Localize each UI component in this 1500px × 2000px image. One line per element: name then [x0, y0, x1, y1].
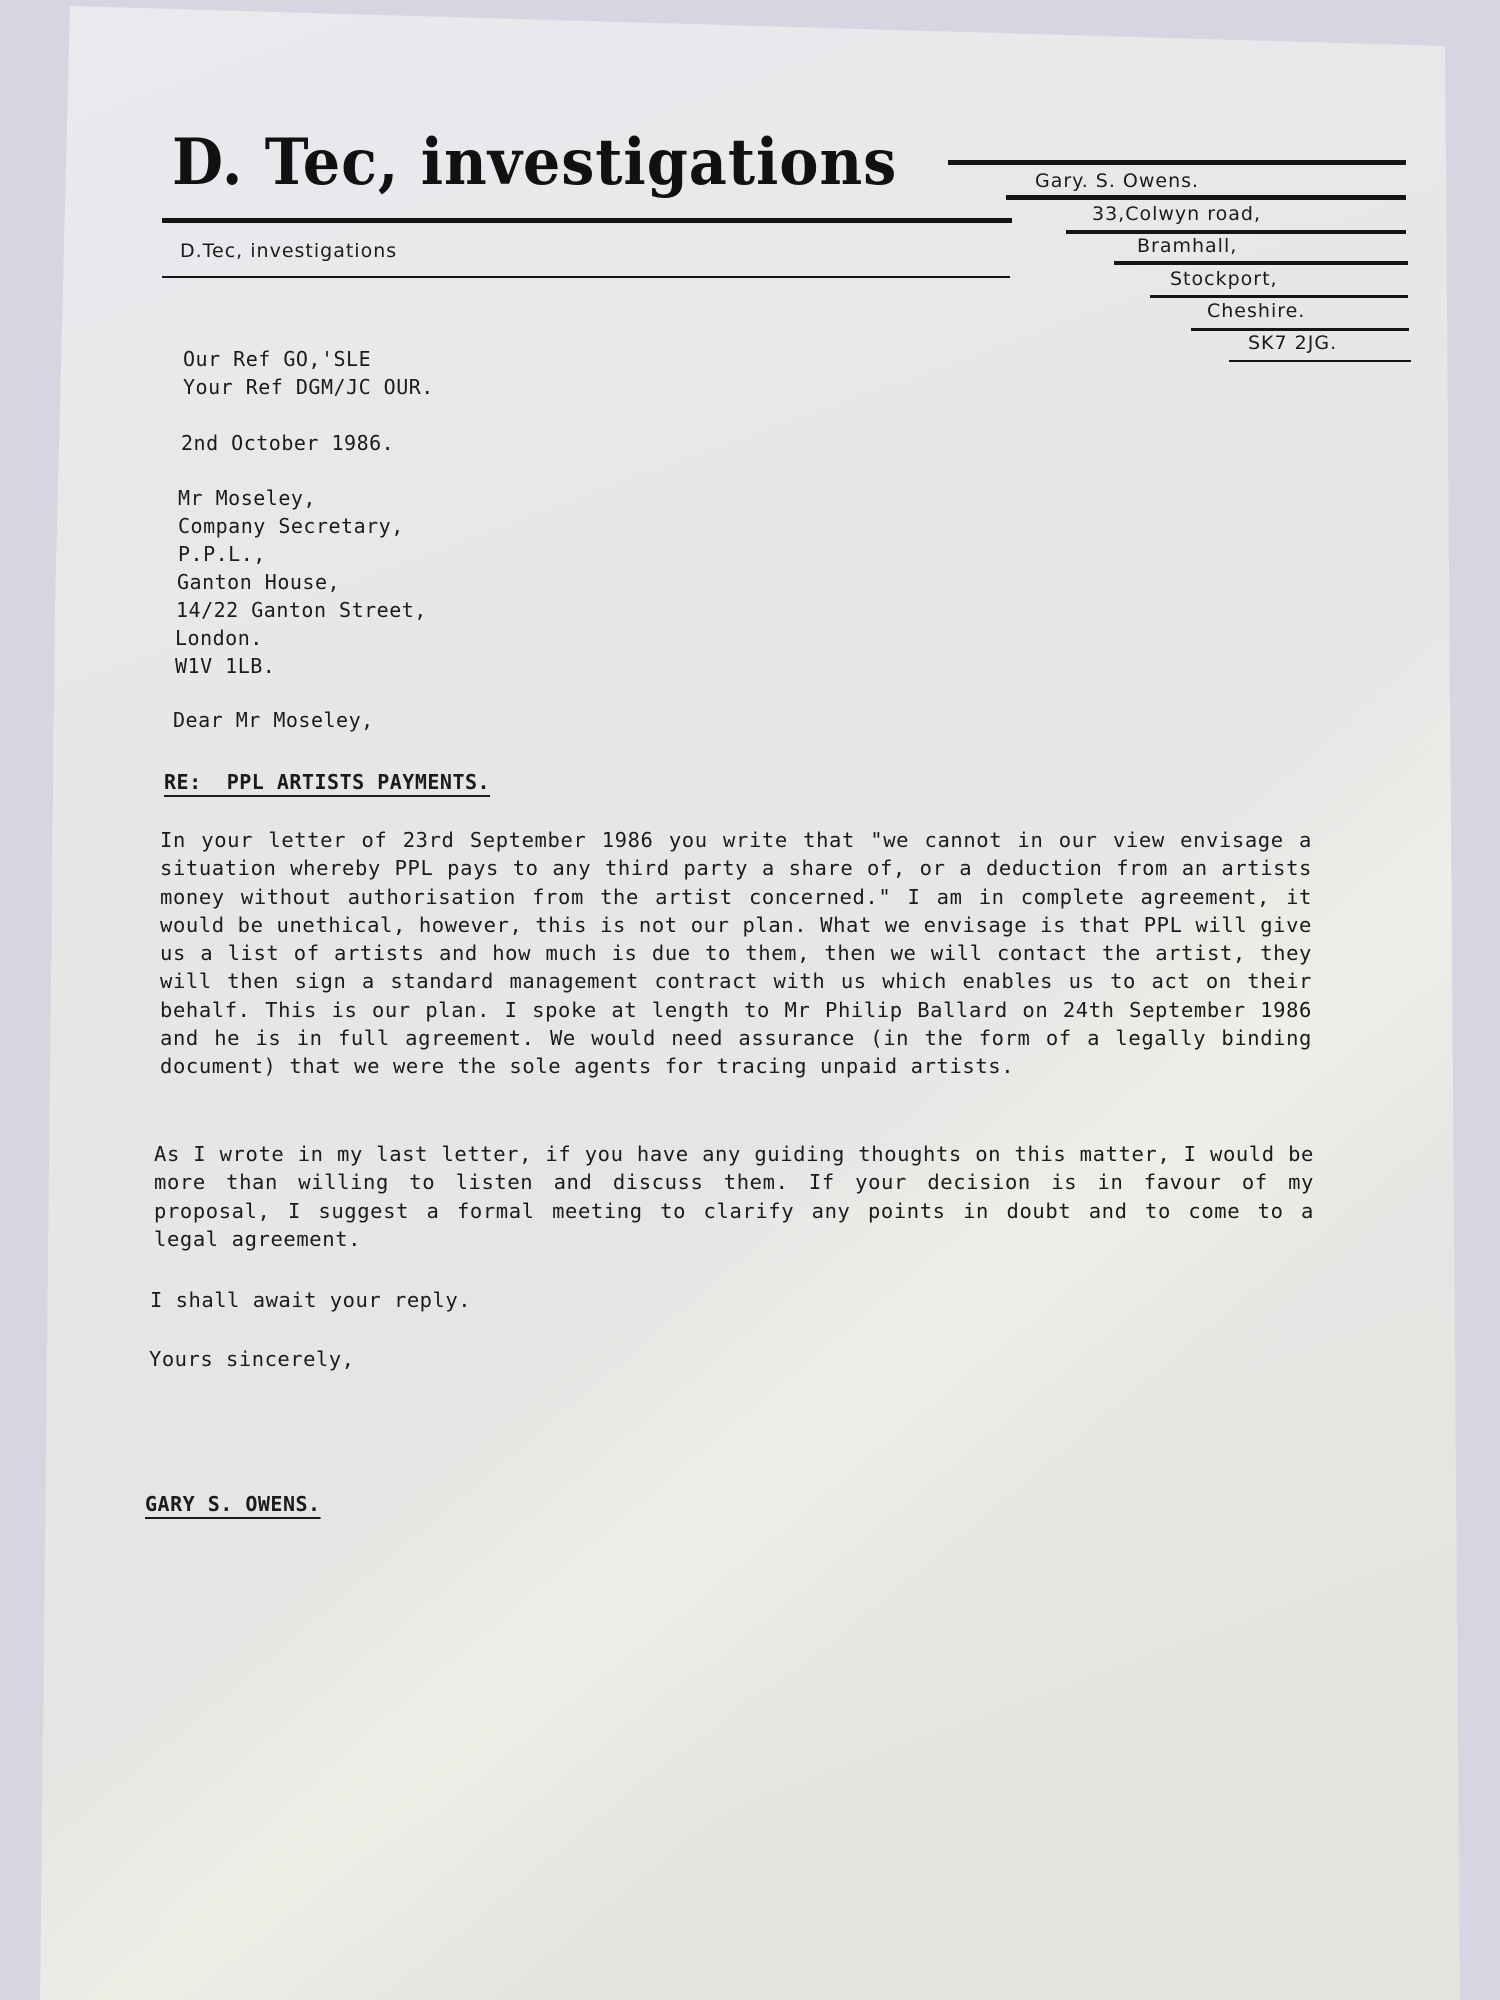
signature-name: GARY S. OWENS. [145, 1490, 321, 1518]
recipient-line: Ganton House, [177, 568, 427, 596]
salutation: Dear Mr Moseley, [173, 706, 374, 734]
address-line-town: Bramhall, [1137, 235, 1237, 257]
address-line-city: Stockport, [1170, 268, 1278, 290]
address-line-name: Gary. S. Owens. [1035, 170, 1199, 192]
recipient-line: W1V 1LB. [175, 652, 427, 680]
closing: Yours sincerely, [149, 1345, 354, 1373]
address-rule [1229, 360, 1411, 362]
address-rule [1150, 295, 1408, 298]
address-line-street: 33,Colwyn road, [1092, 203, 1261, 225]
recipient-line: London. [175, 624, 427, 652]
body-paragraph-3: I shall await your reply. [150, 1286, 471, 1314]
recipient-line: Company Secretary, [178, 512, 427, 540]
letter-date: 2nd October 1986. [181, 429, 394, 457]
recipient-line: 14/22 Ganton Street, [176, 596, 427, 624]
body-paragraph-2: As I wrote in my last letter, if you hav… [154, 1140, 1314, 1253]
logo-underline [162, 218, 1012, 223]
address-rule [1191, 328, 1409, 331]
our-reference: Our Ref GO,'SLE [183, 345, 371, 373]
company-subtitle: D.Tec, investigations [180, 240, 397, 262]
recipient-address: Mr Moseley, Company Secretary, P.P.L., G… [178, 484, 427, 680]
address-rule [948, 160, 1406, 165]
address-rule [1006, 195, 1406, 200]
subject-line: RE: PPL ARTISTS PAYMENTS. [164, 768, 490, 796]
address-line-county: Cheshire. [1207, 300, 1305, 322]
company-logo: D. Tec, investigations [172, 125, 897, 200]
recipient-line: Mr Moseley, [178, 484, 427, 512]
address-rule [1066, 230, 1406, 234]
your-reference: Your Ref DGM/JC OUR. [183, 373, 434, 401]
body-paragraph-1: In your letter of 23rd September 1986 yo… [160, 826, 1312, 1081]
recipient-line: P.P.L., [178, 540, 427, 568]
subtitle-underline [162, 276, 1010, 278]
address-rule [1114, 261, 1408, 265]
address-line-postcode: SK7 2JG. [1248, 332, 1337, 354]
